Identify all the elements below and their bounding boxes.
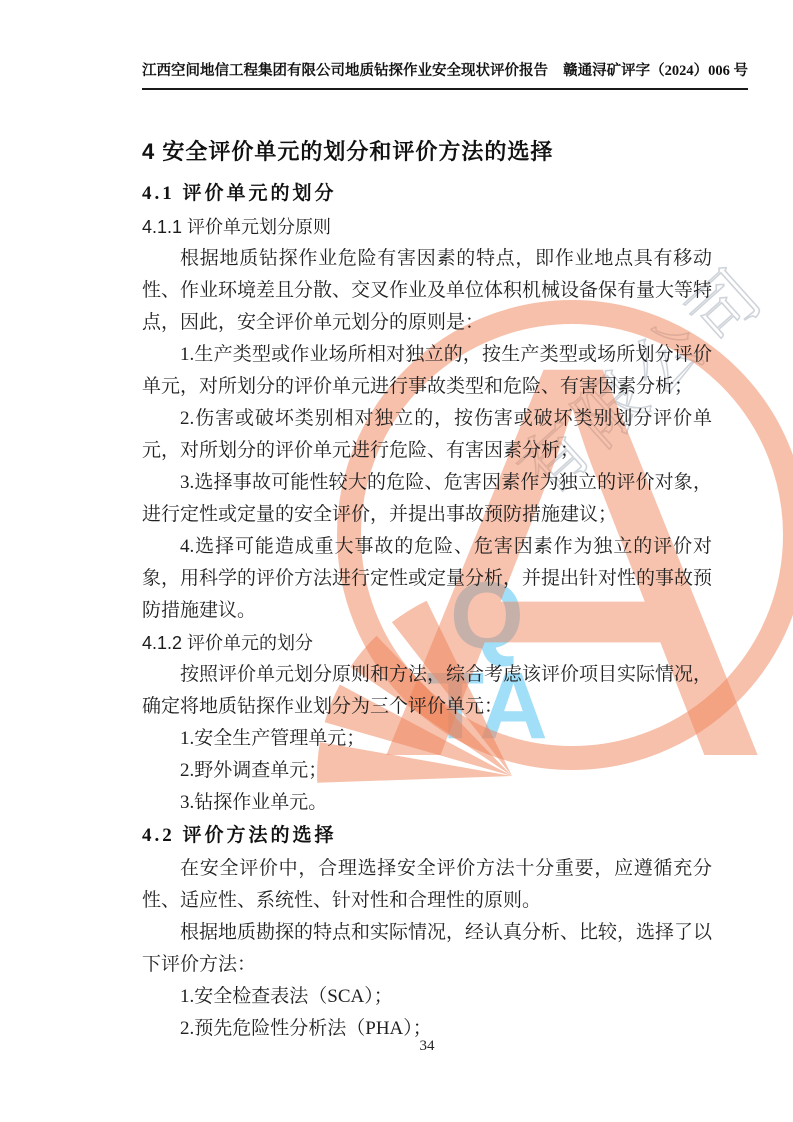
chapter-title: 4 安全评价单元的划分和评价方法的选择 xyxy=(142,135,712,169)
method-list-item: 1.安全检查表法（SCA）； xyxy=(142,981,712,1013)
document-body: 4 安全评价单元的划分和评价方法的选择 4.1 评价单元的划分 4.1.1 评价… xyxy=(142,135,712,1045)
section-4-1-2-heading: 4.1.2 评价单元的划分 xyxy=(142,627,712,659)
page-header: 江西空间地信工程集团有限公司地质钻探作业安全现状评价报告 赣通浔矿评字（2024… xyxy=(142,60,748,82)
unit-list-item: 2.野外调查单元； xyxy=(142,755,712,787)
header-divider xyxy=(142,88,748,90)
section-4-1-heading: 4.1 评价单元的划分 xyxy=(142,177,712,211)
body-paragraph: 根据地质钻探作业危险有害因素的特点，即作业地点具有移动性、作业环境差且分散、交叉… xyxy=(142,243,712,339)
body-paragraph: 3.选择事故可能性较大的危险、危害因素作为独立的评价对象，进行定性或定量的安全评… xyxy=(142,467,712,531)
body-paragraph: 1.生产类型或作业场所相对独立的，按生产类型或场所划分评价单元，对所划分的评价单… xyxy=(142,339,712,403)
header-report-title: 江西空间地信工程集团有限公司地质钻探作业安全现状评价报告 xyxy=(142,60,548,82)
unit-list-item: 3.钻探作业单元。 xyxy=(142,787,712,819)
section-4-2-heading: 4.2 评价方法的选择 xyxy=(142,819,712,853)
section-4-1-1-heading: 4.1.1 评价单元划分原则 xyxy=(142,211,712,243)
header-document-number: 赣通浔矿评字（2024）006 号 xyxy=(563,60,748,82)
unit-list-item: 1.安全生产管理单元； xyxy=(142,723,712,755)
body-paragraph: 按照评价单元划分原则和方法，综合考虑该评价项目实际情况，确定将地质钻探作业划分为… xyxy=(142,659,712,723)
document-page: 有限公司 Q TA A 江西空间地信工程集团有限公司地质钻探作业安全现状评价报告… xyxy=(0,0,793,1122)
page-footer: 34 xyxy=(142,1038,712,1055)
body-paragraph: 在安全评价中，合理选择安全评价方法十分重要，应遵循充分性、适应性、系统性、针对性… xyxy=(142,853,712,917)
body-paragraph: 4.选择可能造成重大事故的危险、危害因素作为独立的评价对象，用科学的评价方法进行… xyxy=(142,531,712,627)
page-number: 34 xyxy=(420,1038,435,1054)
body-paragraph: 2.伤害或破坏类别相对独立的，按伤害或破坏类别划分评价单元，对所划分的评价单元进… xyxy=(142,403,712,467)
body-paragraph: 根据地质勘探的特点和实际情况，经认真分析、比较，选择了以下评价方法： xyxy=(142,917,712,981)
